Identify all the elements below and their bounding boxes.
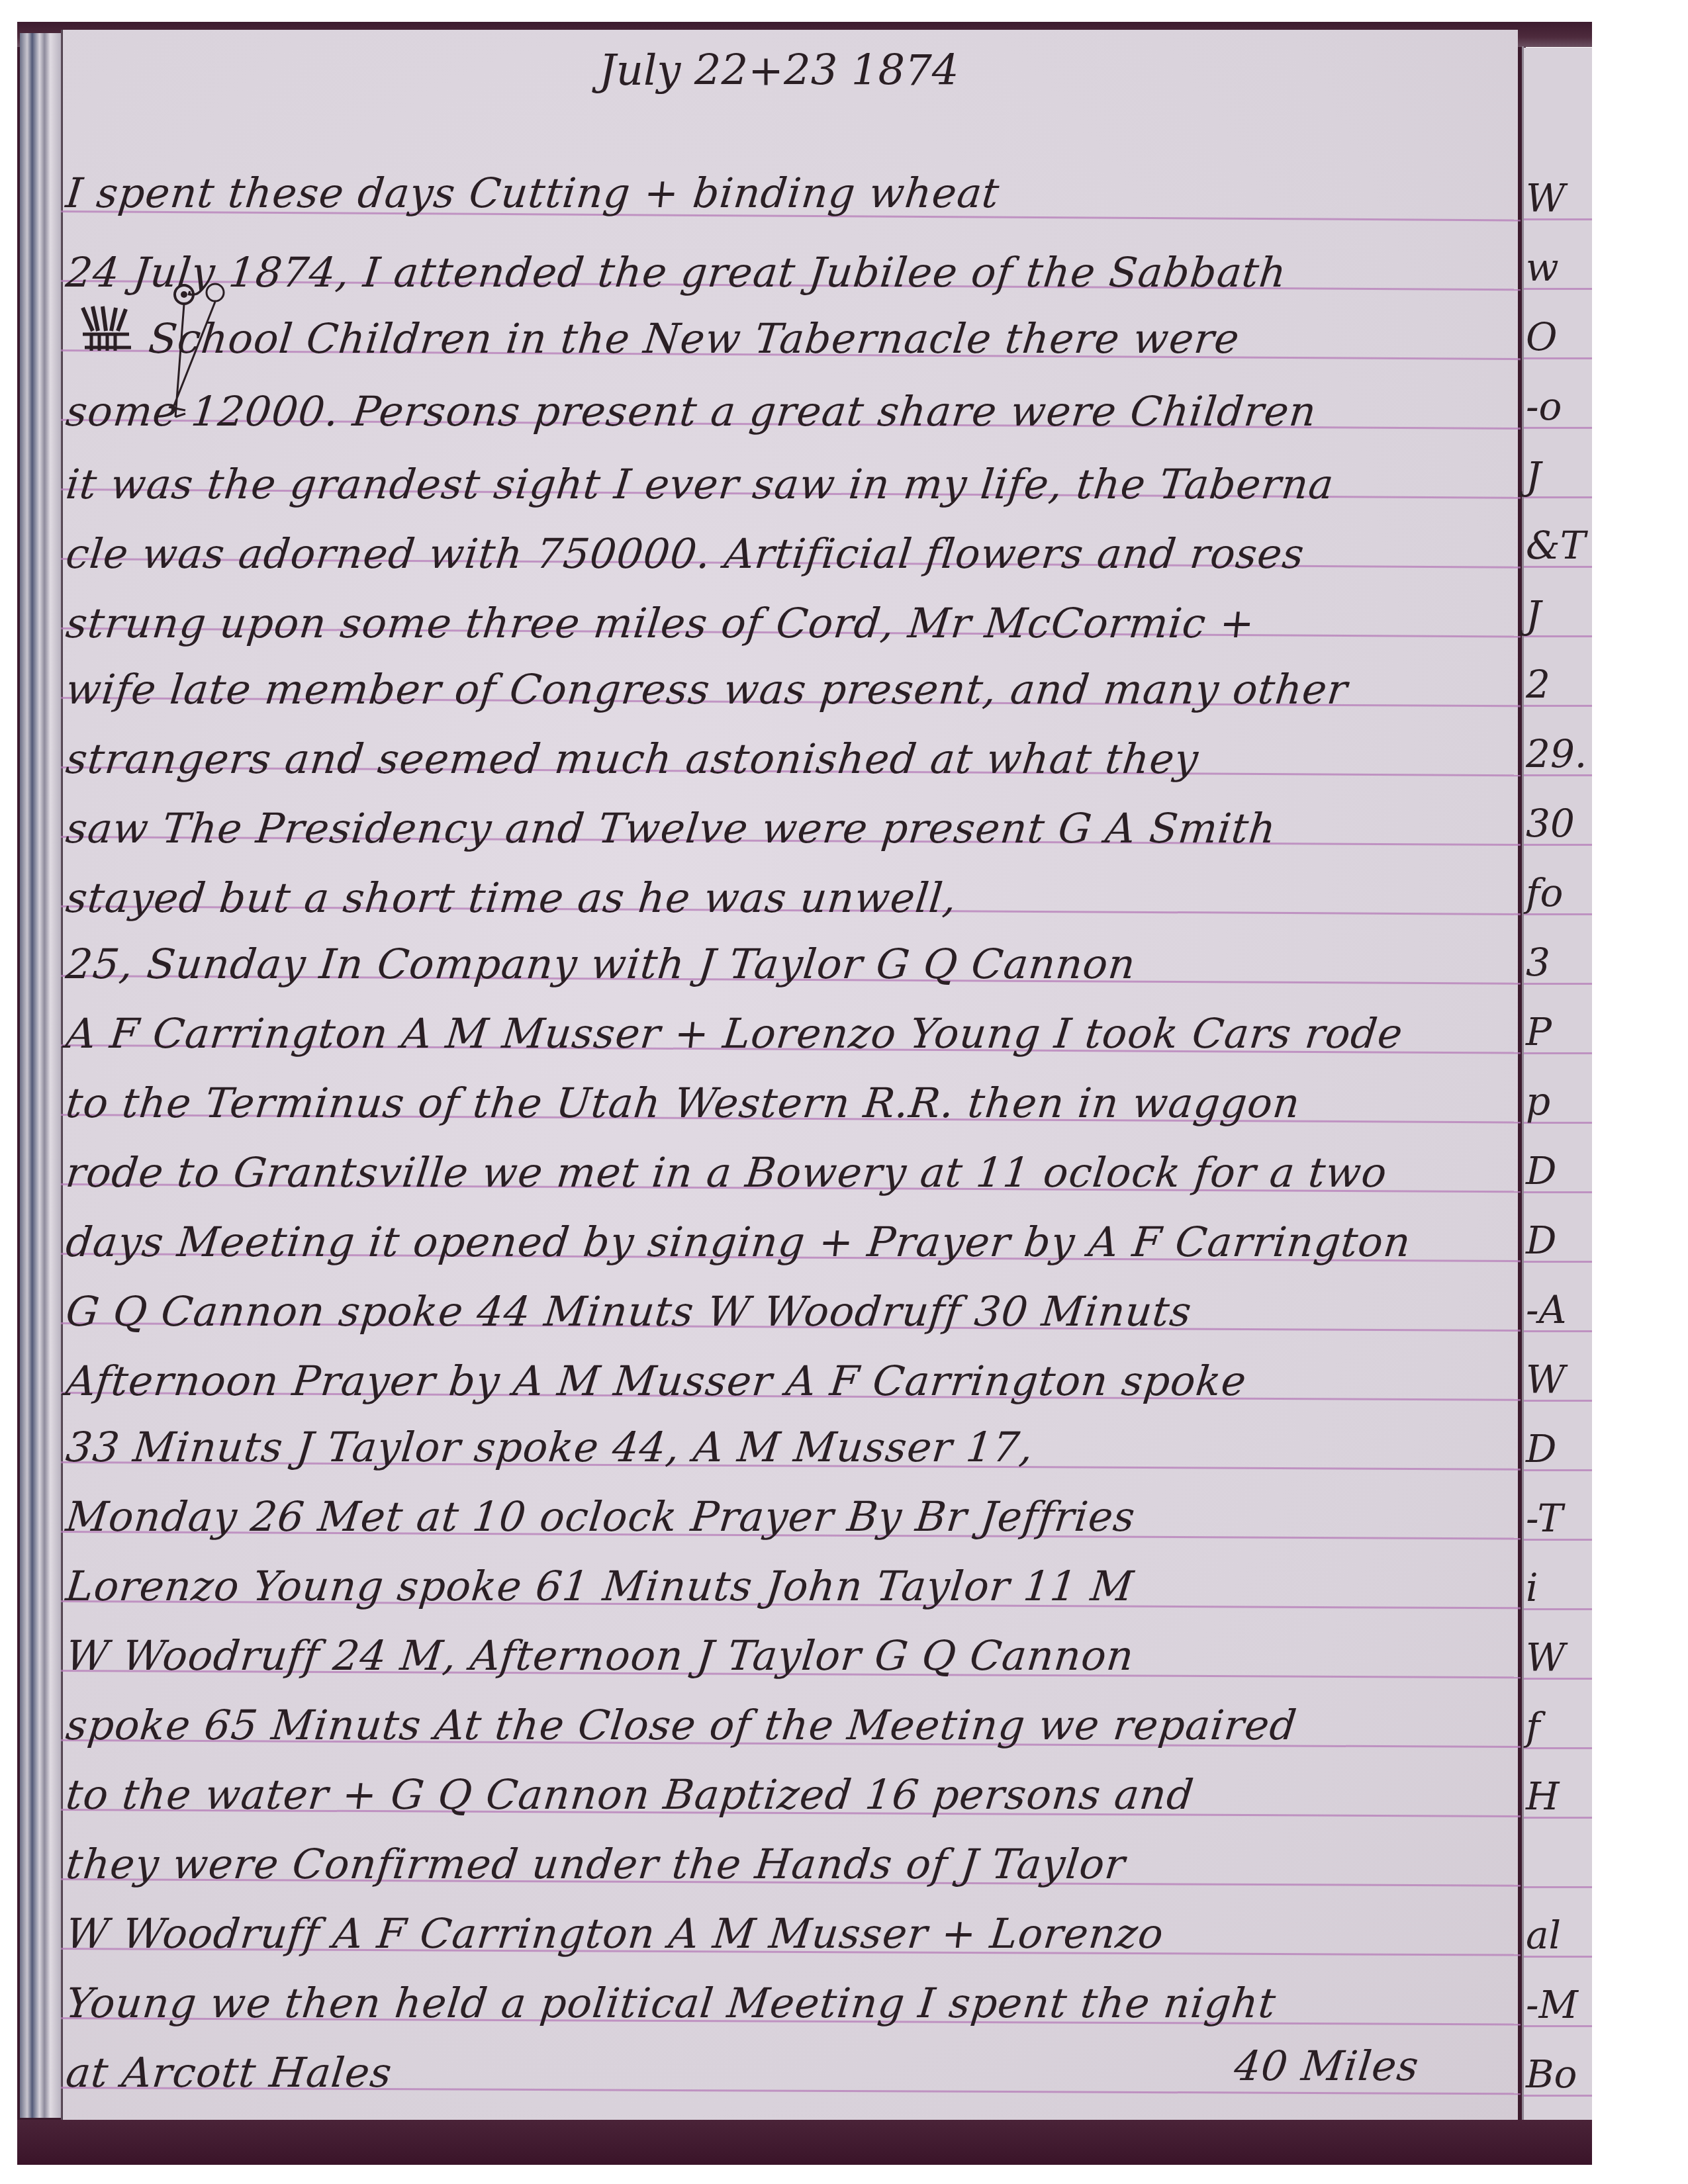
ruled-line: [1524, 1886, 1592, 1888]
journal-line: strangers and seemed much astonished at …: [64, 735, 1201, 783]
journal-line: rode to Grantsville we met in a Bowery a…: [64, 1148, 1389, 1197]
adjacent-page-fragment: al: [1526, 1913, 1561, 1958]
adjacent-page-fragment: 30: [1526, 801, 1575, 846]
journal-line: spoke 65 Minuts At the Close of the Meet…: [64, 1701, 1299, 1749]
journal-line: Lorenzo Young spoke 61 Minuts John Taylo…: [64, 1562, 1136, 1610]
journal-line: saw The Presidency and Twelve were prese…: [64, 804, 1278, 852]
journal-line: to the Terminus of the Utah Western R.R.…: [64, 1079, 1303, 1127]
adjacent-page-fragment: J: [1526, 453, 1541, 498]
adjacent-page-fragment: -T: [1526, 1496, 1563, 1541]
journal-line: A F Carrington A M Musser + Lorenzo Youn…: [64, 1009, 1405, 1058]
adjacent-page-fragment: W: [1526, 1635, 1566, 1680]
adjacent-page-fragment: 29.: [1526, 731, 1587, 776]
journal-line: Monday 26 Met at 10 oclock Prayer By Br …: [64, 1492, 1138, 1541]
adjacent-page-fragment: W: [1526, 1357, 1566, 1402]
adjacent-page-fragment: i: [1526, 1565, 1538, 1610]
journal-line: I spent these days Cutting + binding whe…: [64, 169, 1002, 217]
book-bottom-edge: [17, 2120, 1593, 2165]
adjacent-page-fragment: 3: [1526, 940, 1550, 985]
journal-line: some 12000. Persons present a great shar…: [64, 387, 1319, 435]
journal-line: they were Confirmed under the Hands of J…: [64, 1840, 1128, 1888]
journal-line: to the water + G Q Cannon Baptized 16 pe…: [64, 1770, 1196, 1819]
adjacent-page-fragment: Bo: [1526, 2052, 1577, 2097]
adjacent-page-fragment: fo: [1526, 870, 1563, 915]
adjacent-page-fragment: w: [1526, 245, 1559, 290]
mileage-note: 40 Miles: [1232, 2042, 1421, 2090]
scan-white-margin: [1592, 22, 1688, 2184]
adjacent-page-fragment: &T: [1526, 523, 1585, 568]
journal-line: Young we then held a political Meeting I…: [64, 1979, 1278, 2027]
adjacent-page-fragment: f: [1526, 1704, 1540, 1749]
journal-line: cle was adorned with 750000. Artificial …: [64, 529, 1307, 578]
adjacent-page-fragment: -o: [1526, 384, 1562, 429]
journal-line: wife late member of Congress was present…: [64, 665, 1350, 713]
adjacent-page-fragment: -A: [1526, 1287, 1566, 1332]
journal-line: School Children in the New Tabernacle th…: [146, 314, 1242, 363]
adjacent-page-fragment: 2: [1526, 662, 1550, 707]
journal-line: W Woodruff A F Carrington A M Musser + L…: [64, 1909, 1166, 1958]
journal-line: 33 Minuts J Taylor spoke 44, A M Musser …: [64, 1423, 1036, 1471]
journal-line: W Woodruff 24 M, Afternoon J Taylor G Q …: [64, 1631, 1137, 1680]
adjacent-page-fragment: D: [1526, 1218, 1557, 1263]
adjacent-page-fragment: W: [1526, 175, 1566, 220]
adjacent-page-fragment: p: [1526, 1079, 1550, 1124]
journal-line: 25, Sunday In Company with J Taylor G Q …: [64, 940, 1138, 988]
page-header-date: July 22+23 1874: [599, 46, 959, 95]
journal-line: stayed but a short time as he was unwell…: [64, 874, 959, 922]
adjacent-page-fragment: D: [1526, 1148, 1557, 1193]
journal-line: it was the grandest sight I ever saw in …: [64, 460, 1336, 508]
journal-line: at Arcott Hales: [64, 2048, 395, 2097]
adjacent-page-fragment: P: [1526, 1009, 1552, 1054]
adjacent-page-fragment: O: [1526, 314, 1558, 359]
journal-line: 24 July 1874, I attended the great Jubil…: [64, 248, 1289, 296]
adjacent-page-fragment: J: [1526, 592, 1541, 637]
journal-line: G Q Cannon spoke 44 Minuts W Woodruff 30…: [64, 1287, 1194, 1336]
adjacent-page-fragment: H: [1526, 1774, 1560, 1819]
book-spine-binding: [20, 33, 61, 2118]
journal-line: strung upon some three miles of Cord, Mr…: [64, 599, 1257, 647]
journal-line: days Meeting it opened by singing + Pray…: [64, 1218, 1413, 1266]
adjacent-page-fragment: D: [1526, 1426, 1557, 1471]
journal-line: Afternoon Prayer by A M Musser A F Carri…: [64, 1357, 1249, 1405]
crown-glyph-icon: [79, 301, 132, 357]
adjacent-page-fragment: -M: [1526, 1982, 1578, 2027]
